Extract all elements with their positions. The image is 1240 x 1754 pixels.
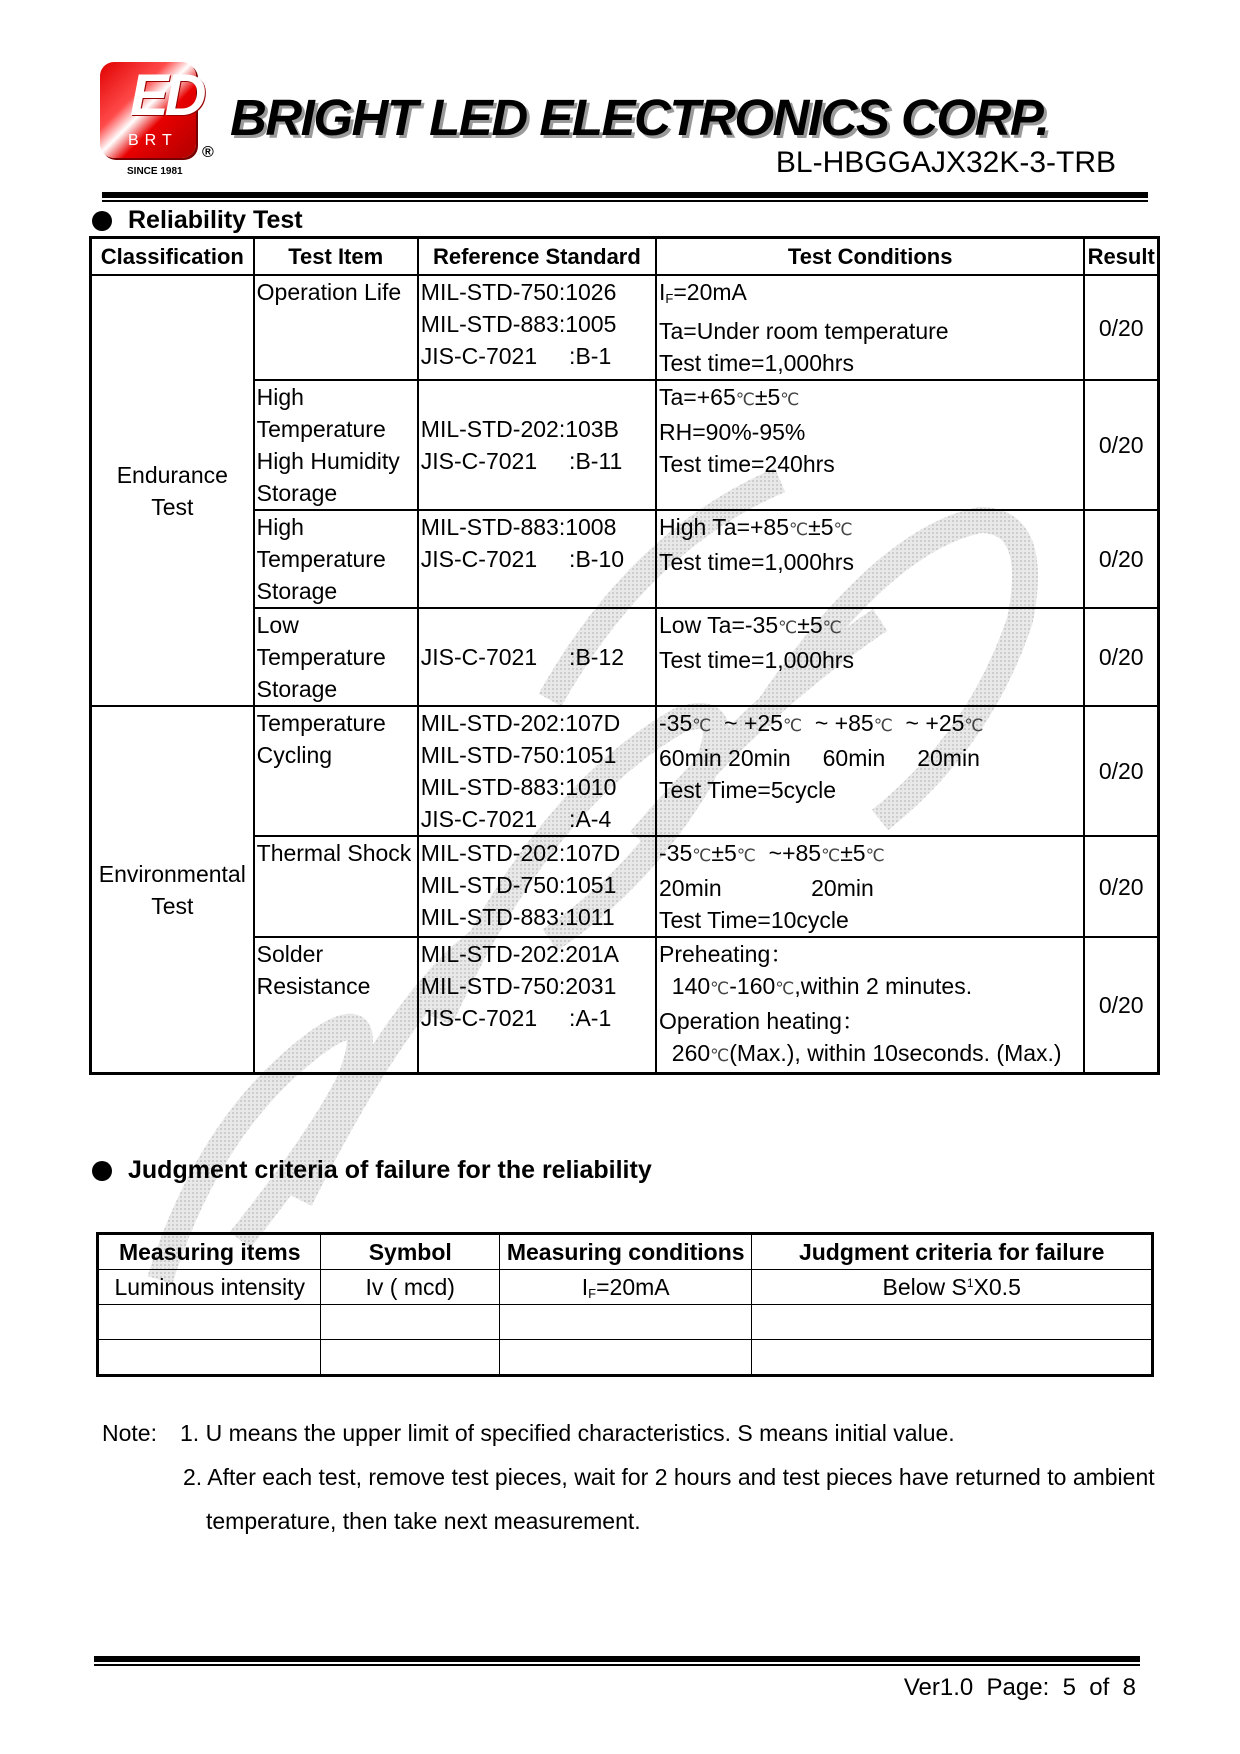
measuring-condition-cell: IF=20mA: [500, 1270, 752, 1305]
test-item-text: Temperature: [257, 413, 415, 445]
condition-text: Ta=+65℃±5℃: [659, 381, 1081, 416]
standard-text: JIS-C-7021 :B-10: [421, 543, 653, 575]
note-item: temperature, then take next measurement.: [206, 1508, 641, 1535]
column-header: Judgment criteria for failure: [752, 1234, 1153, 1270]
column-header: Symbol: [321, 1234, 500, 1270]
column-header: Classification: [91, 238, 254, 276]
condition-text: Test time=1,000hrs: [659, 347, 1081, 379]
condition-text: RH=90%-95%: [659, 416, 1081, 448]
test-item-cell: HighTemperatureHigh HumidityStorage: [254, 380, 418, 510]
symbol-cell: Iv ( mcd): [321, 1270, 500, 1305]
footer-rule-thick: [94, 1656, 1140, 1662]
standard-text: MIL-STD-883:1008: [421, 511, 653, 543]
column-header: Result: [1084, 238, 1158, 276]
registered-mark: ®: [202, 144, 214, 162]
note-item: 1. U means the upper limit of specified …: [180, 1420, 955, 1447]
standard-text: MIL-STD-202:107D: [421, 707, 653, 739]
result-cell: 0/20: [1084, 380, 1158, 510]
test-item-text: High Humidity: [257, 445, 415, 477]
standard-text: MIL-STD-883:1005: [421, 308, 653, 340]
standard-text: JIS-C-7021 :B-12: [421, 641, 653, 673]
classification-text: Environmental: [94, 858, 251, 890]
standard-text: MIL-STD-750:1026: [421, 276, 653, 308]
standard-text: JIS-C-7021 :A-4: [421, 803, 653, 835]
condition-text: -35℃±5℃ ~+85℃±5℃: [659, 837, 1081, 872]
result-cell: 0/20: [1084, 275, 1158, 380]
standard-cell: MIL-STD-750:1026MIL-STD-883:1005JIS-C-70…: [418, 275, 656, 380]
test-item-text: Solder: [257, 938, 415, 970]
measuring-condition-cell: [500, 1305, 752, 1340]
conditions-cell: Ta=+65℃±5℃RH=90%-95%Test time=240hrs: [656, 380, 1084, 510]
condition-text: 140℃-160℃,within 2 minutes.: [659, 970, 1081, 1005]
condition-text: -35℃ ~ +25℃ ~ +85℃ ~ +25℃: [659, 707, 1081, 742]
result-cell: 0/20: [1084, 836, 1158, 937]
column-header: Reference Standard: [418, 238, 656, 276]
classification-text: Test: [94, 890, 251, 922]
conditions-cell: Preheating： 140℃-160℃,within 2 minutes.O…: [656, 937, 1084, 1074]
conditions-cell: -35℃±5℃ ~+85℃±5℃20min 20minTest Time=10c…: [656, 836, 1084, 937]
conditions-cell: -35℃ ~ +25℃ ~ +85℃ ~ +25℃60min 20min 60m…: [656, 706, 1084, 836]
table-header-row: Measuring items Symbol Measuring conditi…: [98, 1234, 1153, 1270]
classification-text: Endurance: [94, 459, 251, 491]
standard-text: MIL-STD-883:1011: [421, 901, 653, 933]
section-title-text: Reliability Test: [128, 206, 303, 235]
note-item: 2. After each test, remove test pieces, …: [183, 1464, 1155, 1491]
condition-text: 60min 20min 60min 20min: [659, 742, 1081, 774]
standard-cell: MIL-STD-202:103BJIS-C-7021 :B-11: [418, 380, 656, 510]
classification-cell: EnduranceTest: [91, 275, 254, 706]
result-cell: 0/20: [1084, 937, 1158, 1074]
standard-cell: MIL-STD-202:201AMIL-STD-750:2031JIS-C-70…: [418, 937, 656, 1074]
standard-cell: MIL-STD-883:1008JIS-C-7021 :B-10: [418, 510, 656, 608]
test-item-cell: HighTemperatureStorage: [254, 510, 418, 608]
criteria-cell: [752, 1340, 1153, 1376]
section-title-reliability: Reliability Test: [92, 206, 303, 235]
table-header-row: Classification Test Item Reference Stand…: [91, 238, 1159, 276]
symbol-cell: [321, 1305, 500, 1340]
test-item-text: Resistance: [257, 970, 415, 1002]
test-item-text: High: [257, 381, 415, 413]
section-title-judgment: Judgment criteria of failure for the rel…: [92, 1156, 652, 1185]
condition-text: 260℃(Max.), within 10seconds. (Max.): [659, 1037, 1081, 1072]
standard-cell: MIL-STD-202:107DMIL-STD-750:1051MIL-STD-…: [418, 706, 656, 836]
conditions-cell: Low Ta=-35℃±5℃Test time=1,000hrs: [656, 608, 1084, 706]
test-item-cell: SolderResistance: [254, 937, 418, 1074]
test-item-text: Storage: [257, 477, 415, 509]
bullet-icon: [92, 1161, 112, 1181]
header-rule-thick: [102, 192, 1148, 198]
test-item-text: Storage: [257, 673, 415, 705]
condition-text: Low Ta=-35℃±5℃: [659, 609, 1081, 644]
test-item-cell: Thermal Shock: [254, 836, 418, 937]
standard-text: MIL-STD-883:1010: [421, 771, 653, 803]
column-header: Test Conditions: [656, 238, 1084, 276]
table-row: [98, 1305, 1153, 1340]
company-name: BRIGHT LED ELECTRONICS CORP.: [230, 88, 1048, 147]
table-row: Luminous intensityIv ( mcd)IF=20mABelow …: [98, 1270, 1153, 1305]
standard-cell: MIL-STD-202:107DMIL-STD-750:1051MIL-STD-…: [418, 836, 656, 937]
table-row: EnvironmentalTestTemperatureCyclingMIL-S…: [91, 706, 1159, 836]
classification-text: Test: [94, 491, 251, 523]
result-cell: 0/20: [1084, 608, 1158, 706]
column-header: Measuring conditions: [500, 1234, 752, 1270]
measuring-item-cell: [98, 1305, 321, 1340]
standard-text: JIS-C-7021 :B-1: [421, 340, 653, 372]
measuring-condition-cell: [500, 1340, 752, 1376]
condition-text: Preheating：: [659, 938, 1081, 970]
judgment-table: Measuring items Symbol Measuring conditi…: [96, 1232, 1154, 1377]
section-title-text: Judgment criteria of failure for the rel…: [128, 1156, 652, 1185]
standard-text: MIL-STD-202:107D: [421, 837, 653, 869]
test-item-text: Thermal Shock: [257, 837, 415, 869]
test-item-text: Temperature: [257, 707, 415, 739]
footer-rule-thin: [94, 1664, 1140, 1666]
condition-text: Test Time=5cycle: [659, 774, 1081, 806]
test-item-text: High: [257, 511, 415, 543]
note-label: Note:: [102, 1420, 157, 1447]
condition-text: Test time=1,000hrs: [659, 644, 1081, 676]
test-item-text: Temperature: [257, 543, 415, 575]
since-label: SINCE 1981: [127, 166, 183, 177]
test-item-cell: TemperatureCycling: [254, 706, 418, 836]
test-item-text: Operation Life: [257, 276, 415, 308]
condition-text: IF=20mA: [659, 276, 1081, 315]
standard-text: JIS-C-7021 :B-11: [421, 445, 653, 477]
standard-cell: JIS-C-7021 :B-12: [418, 608, 656, 706]
condition-text: Test time=1,000hrs: [659, 546, 1081, 578]
condition-text: High Ta=+85℃±5℃: [659, 511, 1081, 546]
standard-text: MIL-STD-750:1051: [421, 869, 653, 901]
conditions-cell: High Ta=+85℃±5℃Test time=1,000hrs: [656, 510, 1084, 608]
standard-text: MIL-STD-202:201A: [421, 938, 653, 970]
standard-text: MIL-STD-750:2031: [421, 970, 653, 1002]
condition-text: Operation heating：: [659, 1005, 1081, 1037]
table-row: EnduranceTestOperation LifeMIL-STD-750:1…: [91, 275, 1159, 380]
test-item-cell: LowTemperatureStorage: [254, 608, 418, 706]
criteria-cell: Below S1X0.5: [752, 1270, 1153, 1305]
bullet-icon: [92, 211, 112, 231]
header-rule-thin: [102, 200, 1148, 202]
measuring-item-cell: Luminous intensity: [98, 1270, 321, 1305]
company-logo: ED BRT ®: [100, 60, 200, 160]
result-cell: 0/20: [1084, 510, 1158, 608]
part-number: BL-HBGGAJX32K-3-TRB: [776, 146, 1116, 180]
standard-text: MIL-STD-750:1051: [421, 739, 653, 771]
test-item-cell: Operation Life: [254, 275, 418, 380]
classification-cell: EnvironmentalTest: [91, 706, 254, 1074]
test-item-text: Temperature: [257, 641, 415, 673]
test-item-text: Low: [257, 609, 415, 641]
standard-text: JIS-C-7021 :A-1: [421, 1002, 653, 1034]
column-header: Measuring items: [98, 1234, 321, 1270]
conditions-cell: IF=20mATa=Under room temperatureTest tim…: [656, 275, 1084, 380]
condition-text: Ta=Under room temperature: [659, 315, 1081, 347]
criteria-cell: [752, 1305, 1153, 1340]
table-row: [98, 1340, 1153, 1376]
column-header: Test Item: [254, 238, 418, 276]
standard-text: MIL-STD-202:103B: [421, 413, 653, 445]
logo-letters: ED: [130, 62, 203, 129]
condition-text: Test Time=10cycle: [659, 904, 1081, 936]
condition-text: Test time=240hrs: [659, 448, 1081, 480]
logo-subtext: BRT: [128, 132, 178, 150]
result-cell: 0/20: [1084, 706, 1158, 836]
page-footer: Ver1.0 Page: 5 of 8: [904, 1674, 1136, 1702]
reliability-table: Classification Test Item Reference Stand…: [89, 236, 1160, 1075]
test-item-text: Storage: [257, 575, 415, 607]
condition-text: 20min 20min: [659, 872, 1081, 904]
symbol-cell: [321, 1340, 500, 1376]
test-item-text: Cycling: [257, 739, 415, 771]
measuring-item-cell: [98, 1340, 321, 1376]
